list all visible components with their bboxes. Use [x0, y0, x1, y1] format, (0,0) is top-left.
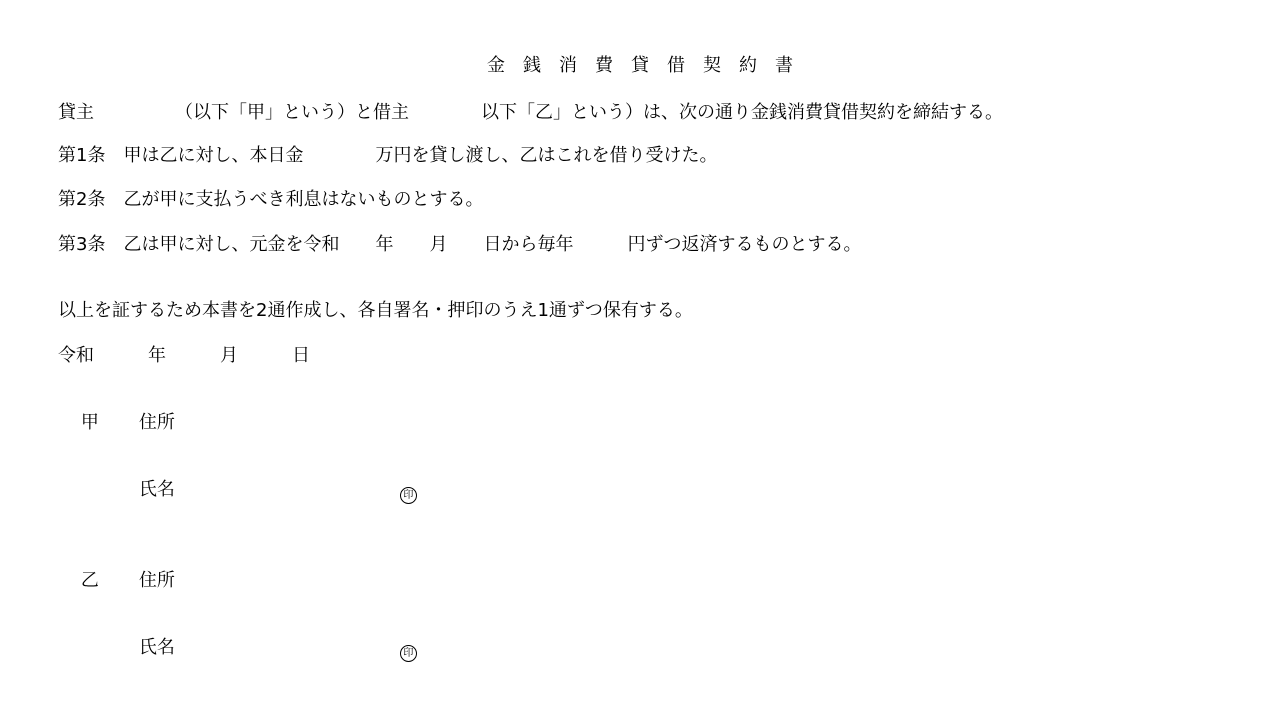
article-2: 第2条 乙が甲に支払うべき利息はないものとする。	[58, 189, 483, 211]
party-kou-line: 甲住所	[58, 390, 175, 456]
closing-clause: 以上を証するため本書を2通作成し、各自署名・押印のうえ1通ずつ保有する。	[58, 300, 693, 322]
party-otsu-name-line: 氏名印	[58, 615, 417, 684]
document-page: 金 銭 消 費 貸 借 契 約 書 貸主 （以下「甲」という）と借主 以下「乙」…	[0, 0, 1280, 720]
document-title: 金 銭 消 費 貸 借 契 約 書	[0, 55, 1280, 77]
party-otsu-line: 乙住所	[58, 548, 175, 614]
party-otsu-name-label: 氏名	[139, 637, 175, 658]
kou-seal-icon: 印	[400, 487, 417, 504]
party-otsu-address-label: 住所	[139, 570, 175, 591]
intro-clause: 貸主 （以下「甲」という）と借主 以下「乙」という）は、次の通り金銭消費貸借契約…	[58, 102, 1003, 124]
party-kou-address-label: 住所	[139, 412, 175, 433]
otsu-seal-icon: 印	[400, 645, 417, 662]
party-otsu-label: 乙	[81, 570, 99, 591]
party-kou-name-label: 氏名	[139, 479, 175, 500]
party-kou-name-line: 氏名印	[58, 457, 417, 526]
article-1: 第1条 甲は乙に対し、本日金 万円を貸し渡し、乙はこれを借り受けた。	[58, 145, 717, 167]
date-line: 令和 年 月 日	[58, 345, 310, 367]
party-kou-label: 甲	[81, 412, 99, 433]
article-3: 第3条 乙は甲に対し、元金を令和 年 月 日から毎年 円ずつ返済するものとする。	[58, 234, 861, 256]
